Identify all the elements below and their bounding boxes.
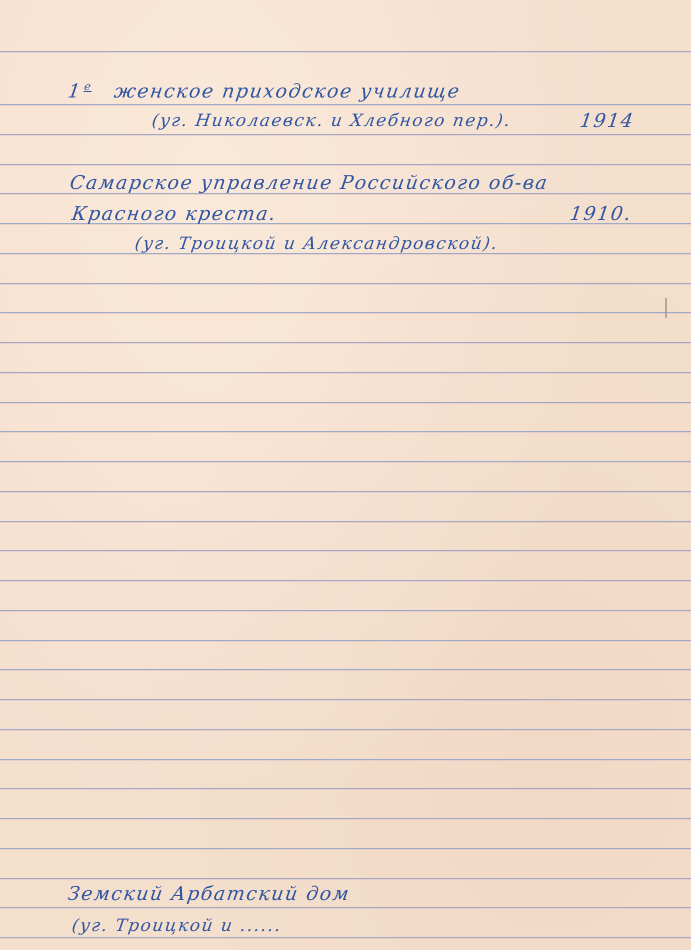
ruled-line xyxy=(0,788,691,789)
ruled-line xyxy=(0,372,691,373)
ruled-line xyxy=(0,283,691,284)
ruled-line xyxy=(0,937,691,938)
entry-1-year: 1914 xyxy=(578,110,635,132)
ruled-line xyxy=(0,848,691,849)
ruled-line xyxy=(0,312,691,313)
ruled-line xyxy=(0,640,691,641)
ruled-line xyxy=(0,729,691,730)
ruled-line xyxy=(0,491,691,492)
ruled-line xyxy=(0,610,691,611)
ruled-line xyxy=(0,878,691,879)
entry-2-title-line-1: Самарское управление Российского об-ва xyxy=(68,172,549,194)
ruled-line xyxy=(0,818,691,819)
ruled-line xyxy=(0,51,691,52)
entry-2-address: (уг. Троицкой и Александровской). xyxy=(134,234,500,254)
ruled-line xyxy=(0,104,691,105)
ruled-line xyxy=(0,699,691,700)
ruled-line xyxy=(0,134,691,135)
entry-3-title: Земский Арбатский дом xyxy=(66,883,351,905)
entry-1-title: женское приходское училище xyxy=(113,80,462,102)
entry-1-title-line: 1е женское приходское училище xyxy=(66,80,462,102)
ruled-line xyxy=(0,164,691,165)
notebook-page xyxy=(0,0,691,950)
ruled-line xyxy=(0,550,691,551)
ruled-line xyxy=(0,342,691,343)
entry-3-address: (уг. Троицкой и ...... xyxy=(71,916,283,936)
entry-1-number: 1 xyxy=(66,80,83,102)
ruled-line xyxy=(0,907,691,908)
ruled-line xyxy=(0,461,691,462)
ruled-line xyxy=(0,431,691,432)
entry-1-number-suffix: е xyxy=(83,80,93,93)
entry-1-address: (уг. Николаевск. и Хлебного пер.). xyxy=(151,111,513,131)
ruled-line xyxy=(0,580,691,581)
ruled-line xyxy=(0,521,691,522)
ruled-line xyxy=(0,759,691,760)
entry-2-year: 1910. xyxy=(568,203,633,225)
entry-2-title-line-2: Красного креста. xyxy=(70,203,278,225)
ruled-line xyxy=(0,402,691,403)
ruled-line xyxy=(0,669,691,670)
pencil-mark xyxy=(665,298,667,318)
